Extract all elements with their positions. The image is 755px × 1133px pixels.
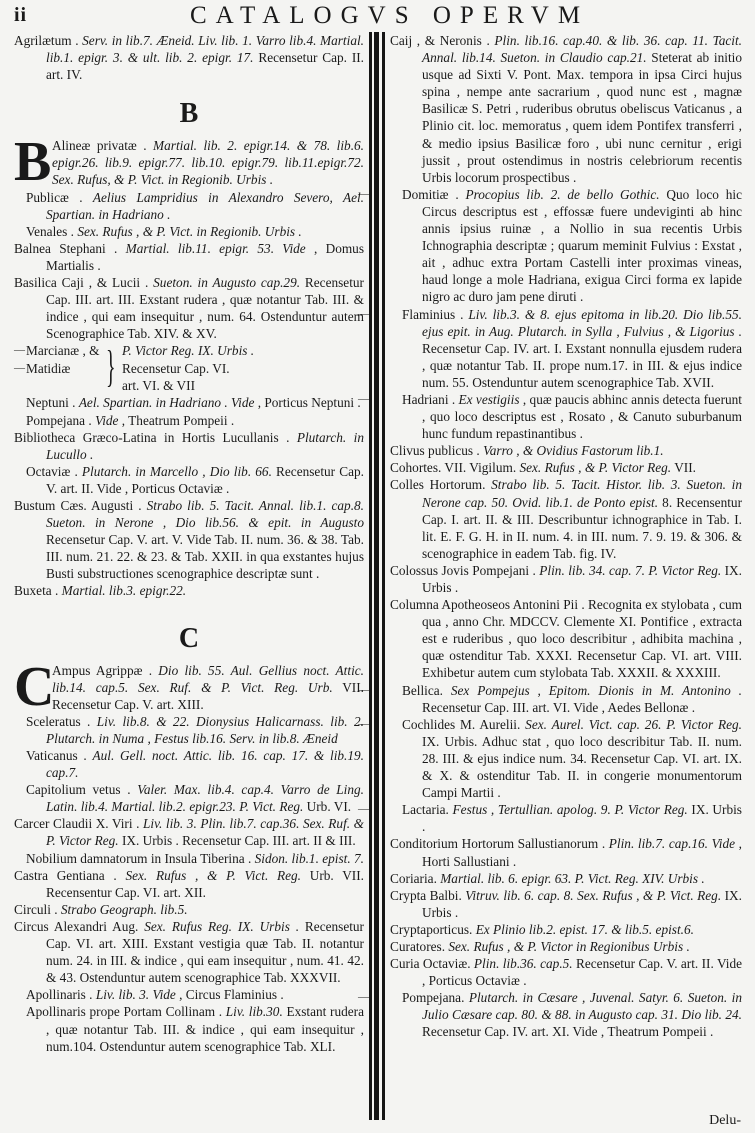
index-entry: Curia Octaviæ. Plin. lib.36. cap.5. Rece… bbox=[390, 955, 742, 989]
index-entry: Flaminius . Liv. lib.3. & 8. ejus epitom… bbox=[390, 306, 742, 391]
entry-headword: Apollinaris prope Portam Collinam . bbox=[26, 1004, 226, 1019]
entry-headword: Bustum Cæs. Augusti . bbox=[14, 498, 147, 513]
entry-headword: Marcianæ , & bbox=[26, 343, 99, 358]
index-entry: Publicæ . Aelius Lampridius in Alexandro… bbox=[14, 189, 364, 223]
entry-headword: Domitiæ . bbox=[402, 187, 465, 202]
entry-note: Recensetur Cap. III. art. VI. Vide , Aed… bbox=[422, 700, 695, 715]
page-number: ii bbox=[14, 4, 27, 27]
entry-citation: Martial. lib.11. epigr. 53. Vide bbox=[126, 241, 306, 256]
entry-headword: Ampus Agrippæ . bbox=[52, 663, 158, 678]
brace-headwords: Marcianæ , & Matidiæ bbox=[14, 342, 99, 376]
entry-citation: Aelius Lampridius in Alexandro Severo, A… bbox=[46, 190, 364, 222]
entry-headword: Curia Octaviæ. bbox=[390, 956, 474, 971]
index-entry: Apollinaris prope Portam Collinam . Liv.… bbox=[14, 1003, 364, 1054]
index-entry: Colles Hortorum. Strabo lib. 5. Tacit. H… bbox=[390, 476, 742, 561]
section-letter-b: B bbox=[14, 99, 364, 129]
entry-citation: P. Victor Reg. IX. Urbis . bbox=[122, 343, 254, 358]
entry-headword: Colossus Jovis Pompejani . bbox=[390, 563, 539, 578]
entry-headword: Cryptaporticus. bbox=[390, 922, 476, 937]
book-page: ii CATALOGVS OPERVM Agrilætum . Serv. in… bbox=[0, 0, 755, 1133]
entry-note: IX. Urbis . Recensetur Cap. III. art. II… bbox=[119, 833, 356, 848]
index-entry: Domitiæ . Procopius lib. 2. de bello Got… bbox=[390, 186, 742, 306]
index-entry: Coriaria. Martial. lib. 6. epigr. 63. P.… bbox=[390, 870, 742, 887]
entry-citation: Varro , & Ovidius Fastorum lib.1. bbox=[483, 443, 664, 458]
entry-citation: Ex vestigiis bbox=[459, 392, 520, 407]
entry-citation: Procopius lib. 2. de bello Gothic. bbox=[465, 187, 659, 202]
index-entry: Cohortes. VII. Vigilum. Sex. Rufus , & P… bbox=[390, 459, 742, 476]
entry-headword: Nobilium damnatorum in Insula Tiberina . bbox=[26, 851, 255, 866]
ditto-dash-icon bbox=[14, 394, 26, 411]
entry-headword: Vaticanus . bbox=[26, 748, 93, 763]
entry-note: Recensetur Cap. IV. art. XI. Vide , Thea… bbox=[422, 1024, 713, 1039]
entry-note: Steterat ab initio usque ad Sixti V. Pon… bbox=[422, 50, 742, 185]
entry-headword: Pompejana. bbox=[402, 990, 469, 1005]
entry-headword: Bibliotheca Græco-Latina in Hortis Lucul… bbox=[14, 430, 297, 445]
entry-citation: Sidon. lib.1. epist. 7. bbox=[255, 851, 364, 866]
page-header: ii CATALOGVS OPERVM bbox=[0, 2, 755, 32]
entry-headword: Buxeta . bbox=[14, 583, 62, 598]
ditto-dash-icon bbox=[14, 986, 26, 1003]
index-entry: Buxeta . Martial. lib.3. epigr.22. bbox=[14, 582, 364, 599]
entry-citation: Sex. Rufus , & P. Vict. in Regionib. Urb… bbox=[77, 224, 301, 239]
entry-note: Quo loco hic Circus descriptus est , eff… bbox=[422, 187, 742, 305]
entry-note: Recensetur Cap. V. art. V. Vide Tab. II.… bbox=[46, 532, 364, 581]
index-entry: Octaviæ . Plutarch. in Marcello , Dio li… bbox=[14, 463, 364, 497]
ditto-dash-icon bbox=[14, 223, 26, 240]
ditto-dash-icon bbox=[390, 391, 402, 408]
entry-headword: Conditorium Hortorum Sallustianorum . bbox=[390, 836, 609, 851]
entry-citation: Vide bbox=[95, 413, 118, 428]
entry-headword: Alineæ privatæ . bbox=[52, 138, 153, 153]
entry-citation: Ex Plinio lib.2. epist. 17. & lib.5. epi… bbox=[476, 922, 694, 937]
index-entry: Circus Alexandri Aug. Sex. Rufus Reg. IX… bbox=[14, 918, 364, 986]
index-entry: Vaticanus . Aul. Gell. noct. Attic. lib.… bbox=[14, 747, 364, 781]
entry-headword: Basilica Caji , & Lucii . bbox=[14, 275, 153, 290]
index-entry: Pompejana . Vide , Theatrum Pompeii . bbox=[14, 412, 364, 429]
brace-icon: } bbox=[106, 344, 116, 390]
catchword: Delu- bbox=[709, 1113, 741, 1129]
entry-citation: Vitruv. lib. 6. cap. 8. Sex. Rufus , & P… bbox=[465, 888, 721, 903]
entry-headword: Capitolium vetus . bbox=[26, 782, 137, 797]
ditto-dash-icon bbox=[390, 716, 402, 733]
entry-citation: Aul. Gell. noct. Attic. lib. 16. cap. 17… bbox=[46, 748, 364, 780]
index-entry: Clivus publicus . Varro , & Ovidius Fast… bbox=[390, 442, 742, 459]
entry-citation: Festus , Tertullian. apolog. 9. P. Victo… bbox=[453, 802, 688, 817]
index-entry: Balnea Stephani . Martial. lib.11. epigr… bbox=[14, 240, 364, 274]
entry-headword: Cohortes. VII. Vigilum. bbox=[390, 460, 519, 475]
entry-citation: Ael. Spartian. in Hadriano . Vide bbox=[79, 395, 255, 410]
index-entry: Castra Gentiana . Sex. Rufus , & P. Vict… bbox=[14, 867, 364, 901]
entry-note: IX. Urbis. Adhuc stat , quo loco describ… bbox=[422, 734, 742, 800]
entry-headword: Castra Gentiana . bbox=[14, 868, 125, 883]
section-letter-c: C bbox=[14, 624, 364, 654]
left-column: Agrilætum . Serv. in lib.7. Æneid. Liv. … bbox=[14, 32, 364, 1055]
entry-citation: Plutarch. in Cæsare , Juvenal. Satyr. 6.… bbox=[422, 990, 742, 1022]
ditto-dash-icon bbox=[14, 412, 26, 429]
index-entry: Columna Apotheoseos Antonini Pii . Recog… bbox=[390, 596, 742, 681]
entry-note: art. VI. & VII bbox=[122, 377, 254, 394]
index-entry: Bibliotheca Græco-Latina in Hortis Lucul… bbox=[14, 429, 364, 463]
entry-citation: Sueton. in Augusto cap.29. bbox=[153, 275, 300, 290]
entry-headword: Circuli . bbox=[14, 902, 61, 917]
entry-headword: Carcer Claudii X. Viri . bbox=[14, 816, 143, 831]
entry-note: , Porticus Neptuni . bbox=[254, 395, 360, 410]
entry-headword: Venales . bbox=[26, 224, 77, 239]
entry-note: VII. bbox=[671, 460, 696, 475]
ditto-dash-icon bbox=[390, 186, 402, 203]
ditto-dash-icon bbox=[14, 360, 26, 377]
right-column: Caij , & Neronis . Plin. lib.16. cap.40.… bbox=[390, 32, 742, 1041]
index-entry: Bellica. Sex Pompejus , Epitom. Dionis i… bbox=[390, 682, 742, 716]
index-entry: Circuli . Strabo Geograph. lib.5. bbox=[14, 901, 364, 918]
entry-headword: Clivus publicus . bbox=[390, 443, 483, 458]
index-entry: Venales . Sex. Rufus , & P. Vict. in Reg… bbox=[14, 223, 364, 240]
entry-citation: Sex. Rufus , & P. Victor in Regionibus U… bbox=[448, 939, 689, 954]
entry-citation: Sex. Rufus Reg. IX. Urbis . bbox=[144, 919, 299, 934]
entry-headword: Circus Alexandri Aug. bbox=[14, 919, 144, 934]
entry-headword: Coriaria. bbox=[390, 871, 440, 886]
index-entry: Colossus Jovis Pompejani . Plin. lib. 34… bbox=[390, 562, 742, 596]
index-entry: Nobilium damnatorum in Insula Tiberina .… bbox=[14, 850, 364, 867]
index-entry: Basilica Caji , & Lucii . Sueton. in Aug… bbox=[14, 274, 364, 342]
index-entry: Pompejana. Plutarch. in Cæsare , Juvenal… bbox=[390, 989, 742, 1040]
index-entry: Lactaria. Festus , Tertullian. apolog. 9… bbox=[390, 801, 742, 835]
ditto-dash-icon bbox=[14, 781, 26, 798]
entry-citation: Liv. lib. 3. Vide bbox=[96, 987, 176, 1002]
entry-headword: Pompejana . bbox=[26, 413, 95, 428]
entry-headword: Apollinaris . bbox=[26, 987, 96, 1002]
entry-headword: Balnea Stephani . bbox=[14, 241, 126, 256]
ditto-dash-icon bbox=[14, 463, 26, 480]
column-rule bbox=[369, 32, 385, 1120]
index-entry: Capitolium vetus . Valer. Max. lib.4. ca… bbox=[14, 781, 364, 815]
entry-headword: Cochlides M. Aurelii. bbox=[402, 717, 525, 732]
entry-headword: Agrilætum . bbox=[14, 33, 82, 48]
index-entry: Bustum Cæs. Augusti . Strabo lib. 5. Tac… bbox=[14, 497, 364, 582]
index-entry: BAlineæ privatæ . Martial. lib. 2. epigr… bbox=[14, 137, 364, 188]
entry-citation: Plutarch. in Marcello , Dio lib. 66. bbox=[82, 464, 272, 479]
index-entry: Carcer Claudii X. Viri . Liv. lib. 3. Pl… bbox=[14, 815, 364, 849]
index-entry: Curatores. Sex. Rufus , & P. Victor in R… bbox=[390, 938, 742, 955]
entry-headword: Curatores. bbox=[390, 939, 448, 954]
entry-citation: Sex. Aurel. Vict. cap. 26. P. Victor Reg… bbox=[525, 717, 742, 732]
entry-citation: Liv. lib.3. & 8. ejus epitoma in lib.20.… bbox=[422, 307, 742, 339]
ditto-dash-icon bbox=[390, 682, 402, 699]
index-entry: Apollinaris . Liv. lib. 3. Vide , Circus… bbox=[14, 986, 364, 1003]
index-entry: Cochlides M. Aurelii. Sex. Aurel. Vict. … bbox=[390, 716, 742, 801]
index-entry: Agrilætum . Serv. in lib.7. Æneid. Liv. … bbox=[14, 32, 364, 83]
entry-citation: Sex. Rufus , & P. Vict. Reg. bbox=[125, 868, 301, 883]
ditto-dash-icon bbox=[390, 801, 402, 818]
entry-citation: Sex Pompejus , Epitom. Dionis in M. Anto… bbox=[451, 683, 742, 698]
entry-citation: Plin. lib. 34. cap. 7. P. Victor Reg. bbox=[539, 563, 721, 578]
entry-headword: Caij , & Neronis . bbox=[390, 33, 494, 48]
entry-headword: Lactaria. bbox=[402, 802, 453, 817]
ditto-dash-icon bbox=[390, 989, 402, 1006]
entry-citation: Martial. lib. 6. epigr. 63. P. Vict. Reg… bbox=[440, 871, 704, 886]
index-entry: Sceleratus . Liv. lib.8. & 22. Dionysius… bbox=[14, 713, 364, 747]
entry-citation: Martial. lib.3. epigr.22. bbox=[62, 583, 186, 598]
entry-note: , Theatrum Pompeii . bbox=[118, 413, 234, 428]
entry-note: , Circus Flaminius . bbox=[176, 987, 284, 1002]
entry-citation: Liv. lib.30. bbox=[226, 1004, 283, 1019]
index-entry: CAmpus Agrippæ . Dio lib. 55. Aul. Gelli… bbox=[14, 662, 364, 713]
running-title: CATALOGVS OPERVM bbox=[190, 2, 589, 30]
drop-cap: C bbox=[14, 662, 54, 712]
index-entry: Cryptaporticus. Ex Plinio lib.2. epist. … bbox=[390, 921, 742, 938]
entry-note: Recensetur Cap. VI. bbox=[122, 360, 254, 377]
entry-citation: Sex. Rufus , & P. Victor Reg. bbox=[519, 460, 671, 475]
ditto-dash-icon bbox=[14, 1003, 26, 1020]
index-entry: Hadriani . Ex vestigiis , quæ paucis abh… bbox=[390, 391, 742, 442]
entry-citation: Plin. lib.36. cap.5. bbox=[474, 956, 573, 971]
entry-headword: Flaminius . bbox=[402, 307, 468, 322]
ditto-dash-icon bbox=[14, 850, 26, 867]
entry-note: Recensetur Cap. IV. art. I. Exstant nonn… bbox=[422, 341, 742, 390]
index-entry: Neptuni . Ael. Spartian. in Hadriano . V… bbox=[14, 394, 364, 411]
index-entry: Caij , & Neronis . Plin. lib.16. cap.40.… bbox=[390, 32, 742, 186]
index-entry: Crypta Balbi. Vitruv. lib. 6. cap. 8. Se… bbox=[390, 887, 742, 921]
entry-citation: Strabo Geograph. lib.5. bbox=[61, 902, 188, 917]
entry-citation: Plin. lib.7. cap.16. Vide bbox=[609, 836, 735, 851]
entry-headword: Colles Hortorum. bbox=[390, 477, 491, 492]
entry-note: Urb. VI. bbox=[303, 799, 351, 814]
entry-headword: Matidiæ bbox=[26, 361, 70, 376]
ditto-dash-icon bbox=[390, 306, 402, 323]
entry-headword: Neptuni . bbox=[26, 395, 79, 410]
entry-headword: Columna Apotheoseos Antonini Pii . bbox=[390, 597, 588, 612]
drop-cap: B bbox=[14, 137, 51, 187]
ditto-dash-icon bbox=[14, 747, 26, 764]
entry-headword: Crypta Balbi. bbox=[390, 888, 465, 903]
entry-headword: Hadriani . bbox=[402, 392, 459, 407]
ditto-dash-icon bbox=[14, 342, 26, 359]
index-entry: Conditorium Hortorum Sallustianorum . Pl… bbox=[390, 835, 742, 869]
braced-entry: Marcianæ , & Matidiæ } P. Victor Reg. IX… bbox=[14, 342, 364, 394]
brace-notes: P. Victor Reg. IX. Urbis . Recensetur Ca… bbox=[122, 342, 254, 393]
entry-headword: Bellica. bbox=[402, 683, 451, 698]
entry-headword: Octaviæ . bbox=[26, 464, 82, 479]
